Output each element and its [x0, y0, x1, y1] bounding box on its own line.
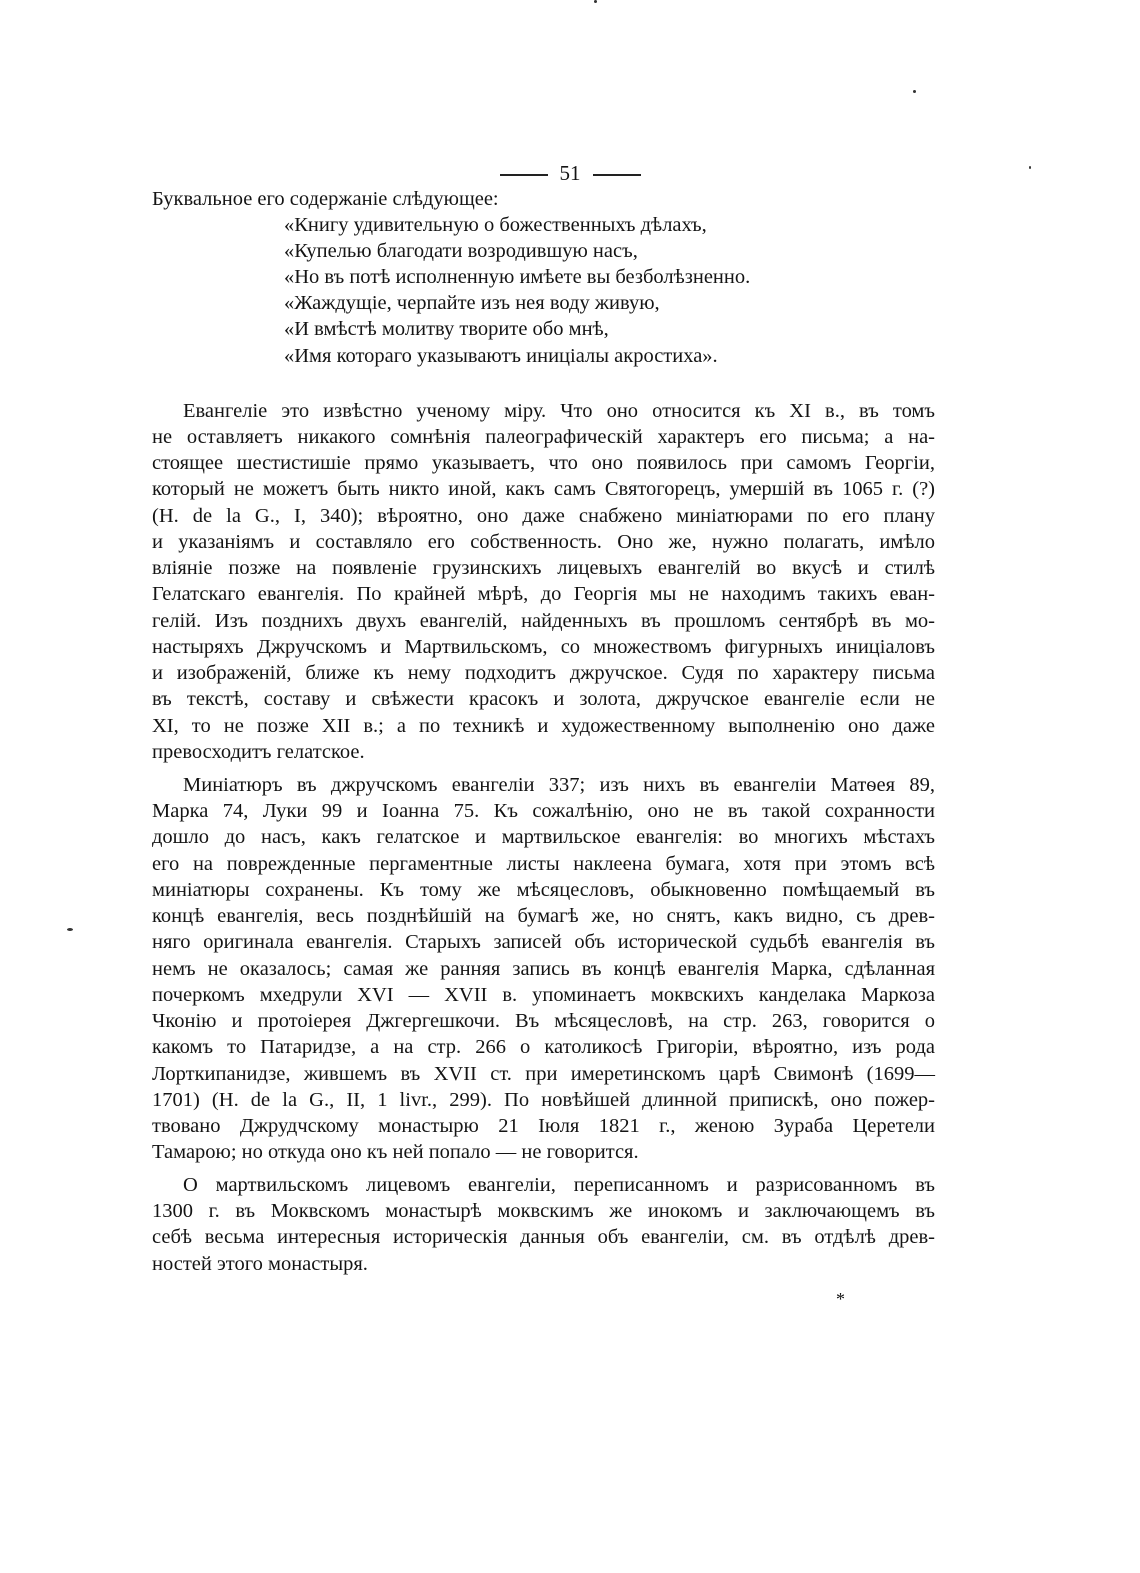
paragraph-line: стоящее шестистишіе прямо указываетъ, чт… [152, 450, 935, 476]
paragraph-line: Миніатюръ въ джручскомъ евангеліи 337; и… [183, 772, 935, 798]
right-rule [593, 174, 641, 176]
paragraph-line: почеркомъ мхедрули XVI — XVII в. упомина… [152, 982, 935, 1008]
paragraph-line: гелій. Изъ позднихъ двухъ евангелій, най… [152, 608, 935, 634]
document-page: 51 Буквальное его содержаніе слѣдующее: … [0, 0, 1140, 1573]
paragraph-line: концѣ евангелія, весь позднѣйшій на бума… [152, 903, 935, 929]
paragraph-line: настыряхъ Джручскомъ и Мартвильскомъ, со… [152, 634, 935, 660]
paragraph-line: Марка 74, Луки 99 и Іоанна 75. Къ сожалѣ… [152, 798, 935, 824]
paragraph-line: его на поврежденные пергаментные листы н… [152, 851, 935, 877]
paragraph-line: Чконію и протоіерея Джгергешкочи. Въ мѣс… [152, 1008, 935, 1034]
paragraph-line: твовано Джрудчскому монастырю 21 Іюля 18… [152, 1113, 935, 1139]
paragraph-line: вліяніе позже на появленіе грузинскихъ л… [152, 555, 935, 581]
paragraph-line: миніатюры сохранены. Къ тому же мѣсяцесл… [152, 877, 935, 903]
paragraph-line: XI, то не позже XII в.; а по техникѣ и х… [152, 713, 935, 739]
verse-line: «Купелью благодати возродившую насъ, [284, 238, 638, 264]
paragraph-line: Гелатскаго евангелія. По крайней мѣрѣ, д… [152, 581, 935, 607]
paragraph-line: и указаніямъ и составляло его собственно… [152, 529, 935, 555]
paragraph-line: дошло до насъ, какъ гелатское и мартвиль… [152, 824, 935, 850]
paragraph-line: 1701) (H. de la G., II, 1 livr., 299). П… [152, 1087, 935, 1113]
page-number: 51 [560, 161, 581, 185]
paragraph-line: Лорткипанидзе, жившемъ въ XVII ст. при и… [152, 1061, 935, 1087]
page-number-header: 51 [0, 160, 1140, 186]
footer-asterisk: * [836, 1290, 845, 1308]
verse-line: «Но въ потѣ исполненную имѣете вы безбол… [284, 264, 750, 290]
left-rule [500, 174, 548, 176]
verse-line: «Книгу удивительную о божественныхъ дѣла… [284, 212, 707, 238]
paragraph-line: превосходитъ гелатское. [152, 739, 935, 765]
paragraph-line: (H. de la G., I, 340); вѣроятно, оно даж… [152, 503, 935, 529]
scan-speck [67, 928, 73, 931]
paragraph-line: какомъ то Патаридзе, а на стр. 266 о кат… [152, 1034, 935, 1060]
paragraph-line: 1300 г. въ Моквскомъ монастырѣ моквскимъ… [152, 1198, 935, 1224]
paragraph-line: въ текстѣ, составу и свѣжести красокъ и … [152, 686, 935, 712]
scan-speck [1029, 166, 1031, 169]
scan-speck [594, 0, 597, 3]
paragraph-line: О мартвильскомъ лицевомъ евангеліи, пере… [183, 1172, 935, 1198]
scan-speck [913, 90, 916, 93]
paragraph-line: себѣ весьма интересныя историческія данн… [152, 1224, 935, 1250]
paragraph-line: Тамарою; но откуда оно къ ней попало — н… [152, 1139, 935, 1165]
paragraph-line: не оставляетъ никакого сомнѣнія палеогра… [152, 424, 935, 450]
verse-line: «Имя котораго указываютъ иниціалы акрост… [284, 343, 718, 369]
paragraph-line: Евангеліе это извѣстно ученому міру. Что… [183, 398, 935, 424]
intro-line: Буквальное его содержаніе слѣдующее: [152, 186, 935, 212]
paragraph-line: няго оригинала евангелія. Старыхъ записе… [152, 929, 935, 955]
verse-line: «Жаждущіе, черпайте изъ нея воду живую, [284, 290, 660, 316]
paragraph-line: немъ не оказалось; самая же ранняя запис… [152, 956, 935, 982]
paragraph-line: ностей этого монастыря. [152, 1251, 935, 1277]
paragraph-line: и изображеній, ближе къ нему подходитъ д… [152, 660, 935, 686]
verse-line: «И вмѣстѣ молитву творите обо мнѣ, [284, 316, 609, 342]
paragraph-line: который не можетъ быть никто иной, какъ … [152, 476, 935, 502]
